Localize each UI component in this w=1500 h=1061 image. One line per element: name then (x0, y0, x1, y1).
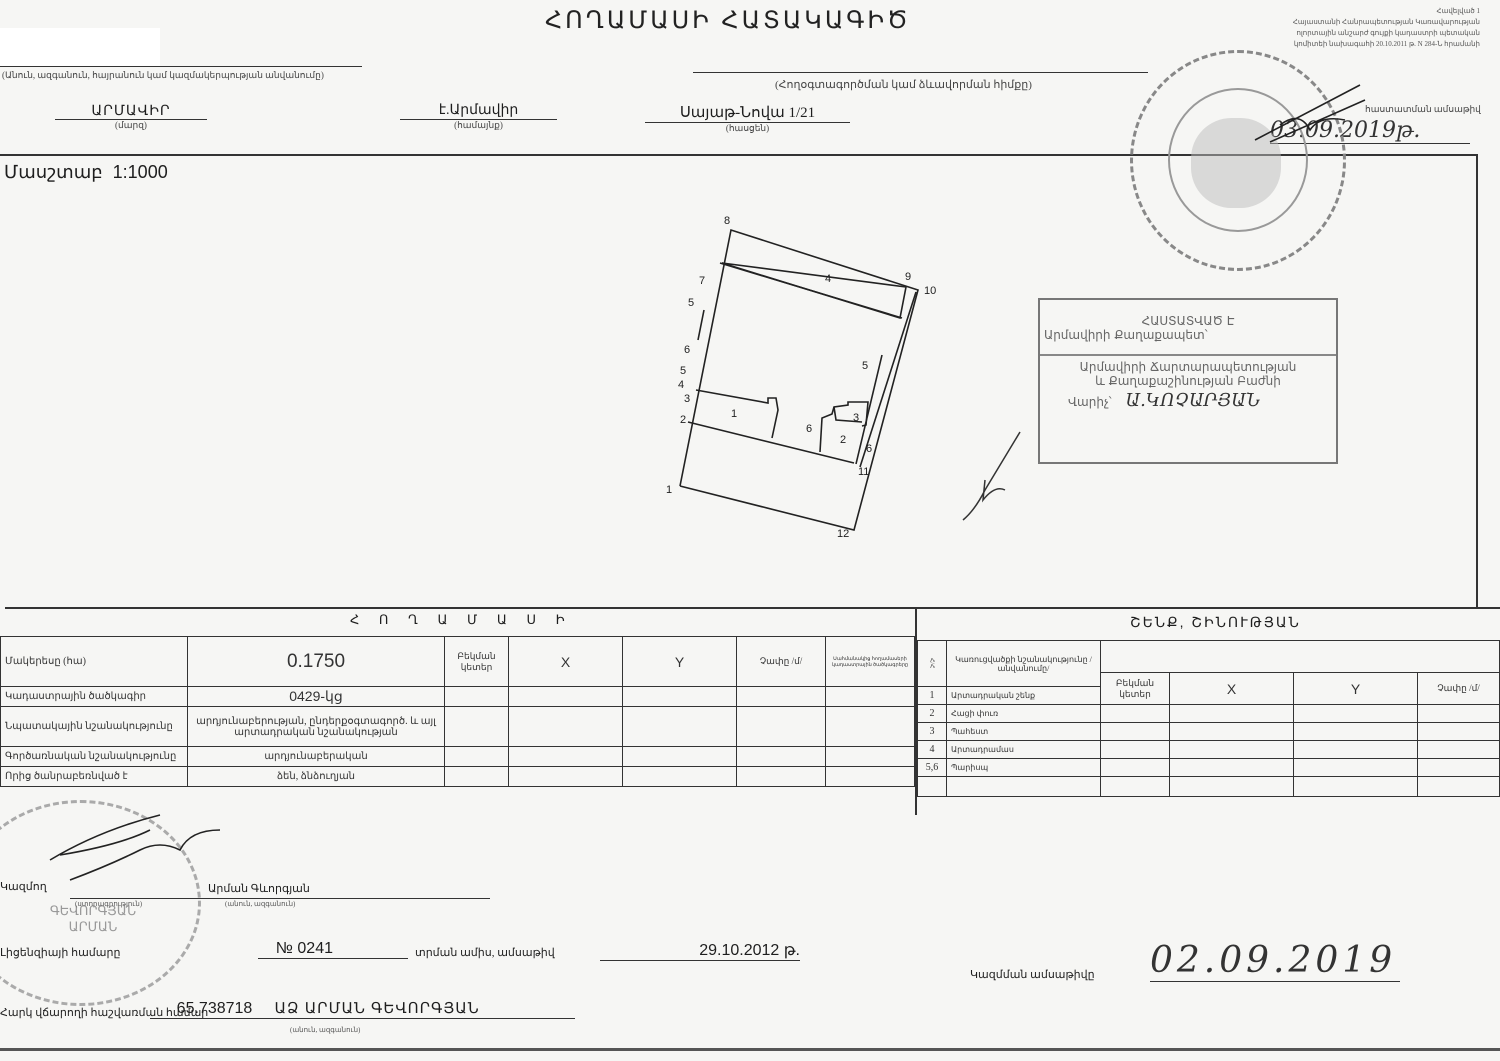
svg-text:6: 6 (684, 344, 690, 356)
svg-text:11: 11 (858, 466, 869, 478)
svg-text:1: 1 (731, 408, 737, 420)
prepared-by-line (70, 898, 490, 899)
street-value: Սայաթ-Նովա 1/21 (645, 103, 850, 123)
issuer-line (693, 72, 1148, 73)
community-value: է.Արմավիր (400, 102, 557, 120)
building-col-points: Բեկման կետեր (1101, 673, 1170, 705)
land-col-x: X (509, 637, 623, 687)
land-col-neighbors: Սահմանակից հողամասերի կադաստրային ծածկագ… (826, 637, 915, 687)
land-row-label: Գործառնական նշանակությունը (1, 747, 188, 767)
svg-text:5: 5 (862, 360, 868, 372)
land-table-title: Հ Ո Ղ Ա Մ Ա Ս Ի (350, 612, 573, 628)
community-field: է.Արմավիր (համայնք) (400, 102, 557, 131)
building-row-num: 4 (918, 741, 947, 759)
prepared-by-sig-caption: (ստորագրություն) (75, 900, 142, 908)
taxpayer-number: 65.738718 (177, 1000, 253, 1017)
appendix-note: Հավելված 1 Հայաստանի Հանրապետության Կառա… (1293, 6, 1480, 50)
building-col-size: Չափը /մ/ (1418, 673, 1500, 705)
svg-text:6: 6 (806, 423, 812, 435)
building-col-y: Y (1294, 673, 1418, 705)
license-number-value: № 0241 (276, 940, 333, 957)
land-area-value: 0.1750 (188, 637, 445, 687)
scale-label: Մասշտաբ (4, 162, 103, 182)
svg-text:5: 5 (688, 297, 694, 309)
appendix-line-2: ոլորտային անշարժ գույքի կադաստրի պետական (1293, 28, 1480, 39)
building-table: Հ/Հ Կառուցվածքի նշանակությունը /անվանում… (917, 640, 1500, 797)
land-row-label: Նպատակային նշանակությունը (1, 707, 188, 747)
prepared-by-name-caption: (անուն, ազգանուն) (225, 900, 295, 908)
license-number: № 0241 (258, 940, 408, 959)
land-encumbrance-value: ձեն, ձնձուղյան (188, 767, 445, 787)
surveyor-signature-icon (40, 810, 240, 890)
taxpayer-caption: (անուն, ազգանուն) (290, 1026, 360, 1034)
svg-text:3: 3 (853, 412, 859, 424)
building-row-name: Արտադրական շենք (947, 687, 1101, 705)
plan-frame-right (1476, 154, 1478, 609)
marz-caption: (մարզ) (55, 120, 207, 131)
prepared-by-name: Արման Գևորգյան (208, 882, 310, 895)
stamp-signature: Ա.ԿՈՉԱՐՅԱՆ (1125, 390, 1260, 411)
community-caption: (համայնք) (400, 120, 557, 131)
land-code-value: 0429-կց (188, 687, 445, 707)
street-caption: (հասցեն) (645, 123, 850, 134)
marz-field: ԱՐՄԱՎԻՐ (մարզ) (55, 102, 207, 131)
stamp-line-4: Վարիչ՝ Ա.ԿՈՉԱՐՅԱՆ (1068, 390, 1336, 411)
land-col-points: Բեկման կետեր (445, 637, 509, 687)
signature-icon (1250, 80, 1370, 150)
svg-text:2: 2 (680, 414, 686, 426)
license-date: 29.10.2012 թ. (600, 940, 800, 961)
svg-text:9: 9 (905, 271, 911, 283)
building-col-name: Կառուցվածքի նշանակությունը /անվանումը/ (947, 641, 1101, 687)
building-row-num: 5,6 (918, 759, 947, 777)
building-row-name: Արտադրամաս (947, 741, 1101, 759)
svg-text:1: 1 (666, 484, 672, 496)
issuer-caption: (Հողօգտագործման կամ ձևավորման հիմքը) (775, 78, 1032, 91)
svg-text:8: 8 (724, 215, 730, 227)
building-col-num: Հ/Հ (918, 641, 947, 687)
owner-caption: (Անուն, ազգանուն, հայրանուն կամ կազմակեր… (2, 70, 324, 81)
building-row-name: Պահեստ (947, 723, 1101, 741)
marz-value: ԱՐՄԱՎԻՐ (55, 102, 207, 120)
taxpayer-name: ԱՁ ԱՐՄԱՆ ԳԵՎՈՐԳՅԱՆ (275, 1000, 480, 1017)
bottom-border (0, 1048, 1500, 1051)
scale-text: Մասշտաբ 1:1000 (4, 162, 168, 183)
land-col-y: Y (623, 637, 737, 687)
land-row-label: Որից ծանրաբեռնված է (1, 767, 188, 787)
svg-text:2: 2 (840, 434, 846, 446)
building-row-name: Հացի փուռ (947, 705, 1101, 723)
land-col-size: Չափը /մ/ (737, 637, 826, 687)
compiled-date: 02.09.2019 (1150, 940, 1400, 982)
stamp-header: ՀԱՍՏԱՏՎԱԾ Է (1040, 314, 1336, 328)
svg-text:7: 7 (699, 275, 705, 287)
svg-text:10: 10 (924, 285, 936, 297)
license-label: Լիցենզիայի համարը (0, 946, 120, 959)
building-row-name (947, 777, 1101, 797)
stamp-line-2: Արմավիրի Ճարտարապետության (1040, 354, 1336, 374)
license-date-label: տրման ամիս, ամսաթիվ (415, 946, 555, 959)
owner-line (0, 66, 362, 67)
parcel-boundary (680, 230, 918, 530)
redacted-area (0, 28, 160, 66)
approval-stamp: ՀԱՍՏԱՏՎԱԾ Է Արմավիրի Քաղաքապետ՝ Արմավիրի… (1038, 298, 1338, 464)
svg-text:4: 4 (678, 379, 684, 391)
building-row-name: Պարիսպ (947, 759, 1101, 777)
land-row-label: Մակերեսը (հա) (1, 637, 188, 687)
svg-text:5: 5 (680, 365, 686, 377)
stamp-line-1: Արմավիրի Քաղաքապետ՝ (1044, 328, 1336, 342)
approval-caption: հաստատման ամսաթիվ (1365, 104, 1481, 115)
scale-value: 1:1000 (113, 162, 168, 182)
appendix-label: Հավելված 1 (1293, 6, 1480, 17)
appendix-line-3: կոմիտեի նախագահի 20.10.2011 թ. N 284-Ն հ… (1293, 39, 1480, 50)
building-col-x: X (1170, 673, 1294, 705)
taxpayer-field: 65.738718 ԱՁ ԱՐՄԱՆ ԳԵՎՈՐԳՅԱՆ (150, 999, 575, 1019)
prepared-by-label: Կազմող (0, 880, 47, 893)
street-field: Սայաթ-Նովա 1/21 (հասցեն) (645, 103, 850, 134)
building-table-title: ՇԵՆՔ, ՇԻՆՈՒԹՅԱՆ (1130, 614, 1301, 631)
signature-scribble-icon (955, 430, 1025, 525)
building-row-num: 2 (918, 705, 947, 723)
document-title: ՀՈՂԱՄԱՍԻ ՀԱՏԱԿԱԳԻԾ (545, 6, 911, 35)
building-row-num (918, 777, 947, 797)
stamp-line-3: և Քաղաքաշինության Բաժնի (1040, 374, 1336, 388)
appendix-line-1: Հայաստանի Հանրապետության Կառավարության (1293, 17, 1480, 28)
table-top-border (5, 607, 1500, 609)
land-function-value: արդյունաբերական (188, 747, 445, 767)
stamp-head-label: Վարիչ՝ (1068, 395, 1112, 409)
svg-text:4: 4 (825, 273, 831, 285)
building-row-num: 3 (918, 723, 947, 741)
land-table: Մակերեսը (հա) 0.1750 Բեկման կետեր X Y Չա… (0, 636, 915, 787)
cadastral-plan-drawing: 8 7 5 6 5 4 3 2 1 9 10 11 12 4 1 2 3 5 6… (650, 210, 950, 540)
land-purpose-value: արդյունաբերության, ընդերքօգտագործ. և այլ… (188, 707, 445, 747)
svg-text:3: 3 (684, 393, 690, 405)
land-row-label: Կադաստրային ծածկագիր (1, 687, 188, 707)
compiled-date-label: Կազմման ամսաթիվը (970, 968, 1095, 981)
building-row-num: 1 (918, 687, 947, 705)
svg-text:6: 6 (866, 443, 872, 455)
svg-text:12: 12 (837, 528, 849, 540)
